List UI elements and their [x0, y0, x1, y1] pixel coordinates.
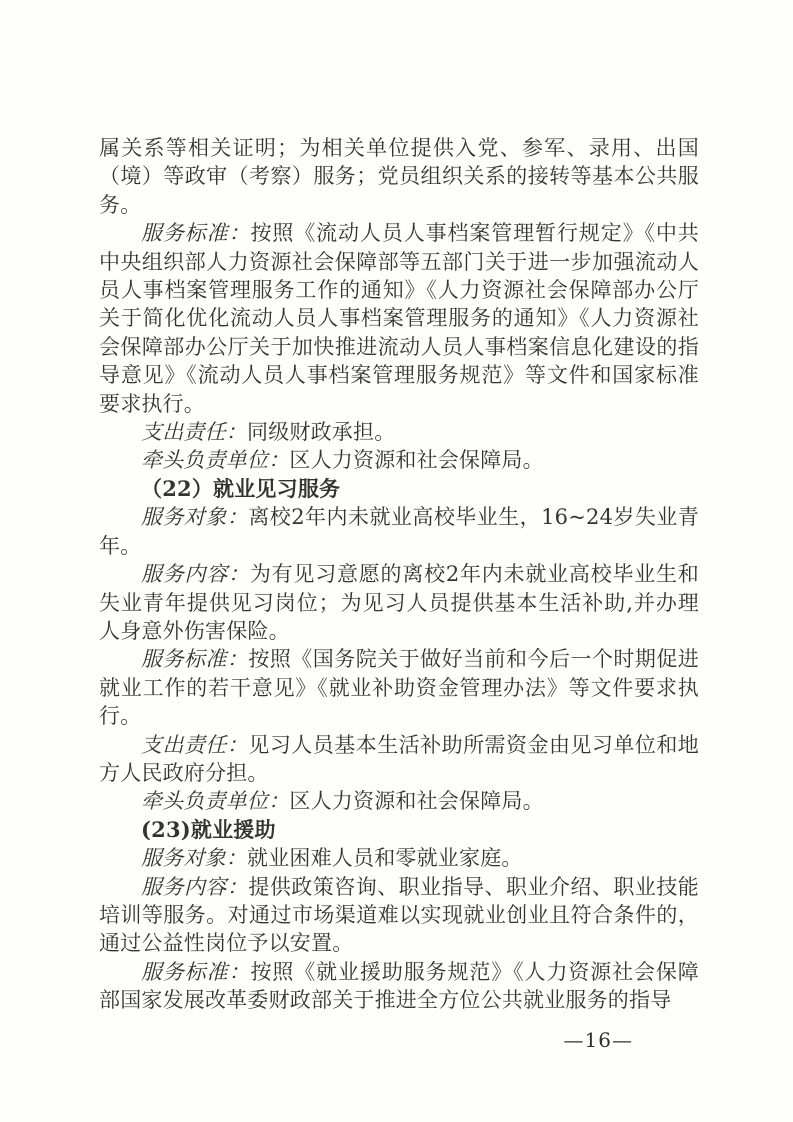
paragraph-service-content: 服务内容：为有见习意愿的离校2年内未就业高校毕业生和失业青年提供见习岗位；为见习…: [99, 560, 699, 645]
paragraph-label: 服务标准：: [141, 647, 248, 671]
paragraph-label: 牵头负责单位：: [141, 789, 289, 813]
paragraph-expense-responsibility: 支出责任：同级财政承担。: [99, 418, 699, 446]
paragraph-label: 服务内容：: [141, 875, 248, 899]
paragraph-service-content: 服务内容：提供政策咨询、职业指导、职业介绍、职业技能培训等服务。对通过市场渠道难…: [99, 873, 699, 958]
section-heading-23: (23)就业援助: [99, 816, 699, 844]
section-heading-22: （22）就业见习服务: [99, 475, 699, 503]
scanned-document-page: 属关系等相关证明；为相关单位提供入党、参军、录用、出国（境）等政审（考察）服务；…: [0, 0, 793, 1122]
paragraph-lead-unit: 牵头负责单位：区人力资源和社会保障局。: [99, 446, 699, 474]
paragraph-label: 服务对象：: [141, 505, 248, 529]
paragraph-service-standard: 服务标准：按照《流动人员人事档案管理暂行规定》《中共中央组织部人力资源社会保障部…: [99, 219, 699, 418]
paragraph-text: 区人力资源和社会保障局。: [289, 789, 543, 813]
paragraph-label: 支出责任：: [141, 420, 247, 444]
paragraph-continuation: 属关系等相关证明；为相关单位提供入党、参军、录用、出国（境）等政审（考察）服务；…: [99, 134, 699, 219]
paragraph-service-target: 服务对象：就业困难人员和零就业家庭。: [99, 844, 699, 872]
page-number: —16—: [0, 1028, 793, 1052]
paragraph-label: 服务对象：: [141, 846, 247, 870]
paragraph-service-standard: 服务标准：按照《国务院关于做好当前和今后一个时期促进就业工作的若干意见》《就业补…: [99, 645, 699, 730]
paragraph-label: 服务标准：: [141, 221, 250, 245]
paragraph-service-target: 服务对象：离校2年内未就业高校毕业生，16~24岁失业青年。: [99, 503, 699, 560]
paragraph-text: 就业困难人员和零就业家庭。: [247, 846, 523, 870]
text-content: 属关系等相关证明；为相关单位提供入党、参军、录用、出国（境）等政审（考察）服务；…: [99, 134, 699, 1015]
paragraph-label: 牵头负责单位：: [141, 448, 289, 472]
paragraph-text: 区人力资源和社会保障局。: [289, 448, 543, 472]
paragraph-expense-responsibility: 支出责任：见习人员基本生活补助所需资金由见习单位和地方人民政府分担。: [99, 731, 699, 788]
paragraph-label: 支出责任：: [141, 733, 248, 757]
paragraph-text: 属关系等相关证明；为相关单位提供入党、参军、录用、出国（境）等政审（考察）服务；…: [99, 136, 699, 217]
paragraph-text: 按照《流动人员人事档案管理暂行规定》《中共中央组织部人力资源社会保障部等五部门关…: [99, 221, 699, 415]
paragraph-service-standard: 服务标准：按照《就业援助服务规范》《人力资源社会保障部国家发展改革委财政部关于推…: [99, 958, 699, 1015]
paragraph-lead-unit: 牵头负责单位：区人力资源和社会保障局。: [99, 787, 699, 815]
paragraph-label: 服务内容：: [141, 562, 250, 586]
paragraph-text: 同级财政承担。: [247, 420, 395, 444]
paragraph-label: 服务标准：: [141, 960, 250, 984]
